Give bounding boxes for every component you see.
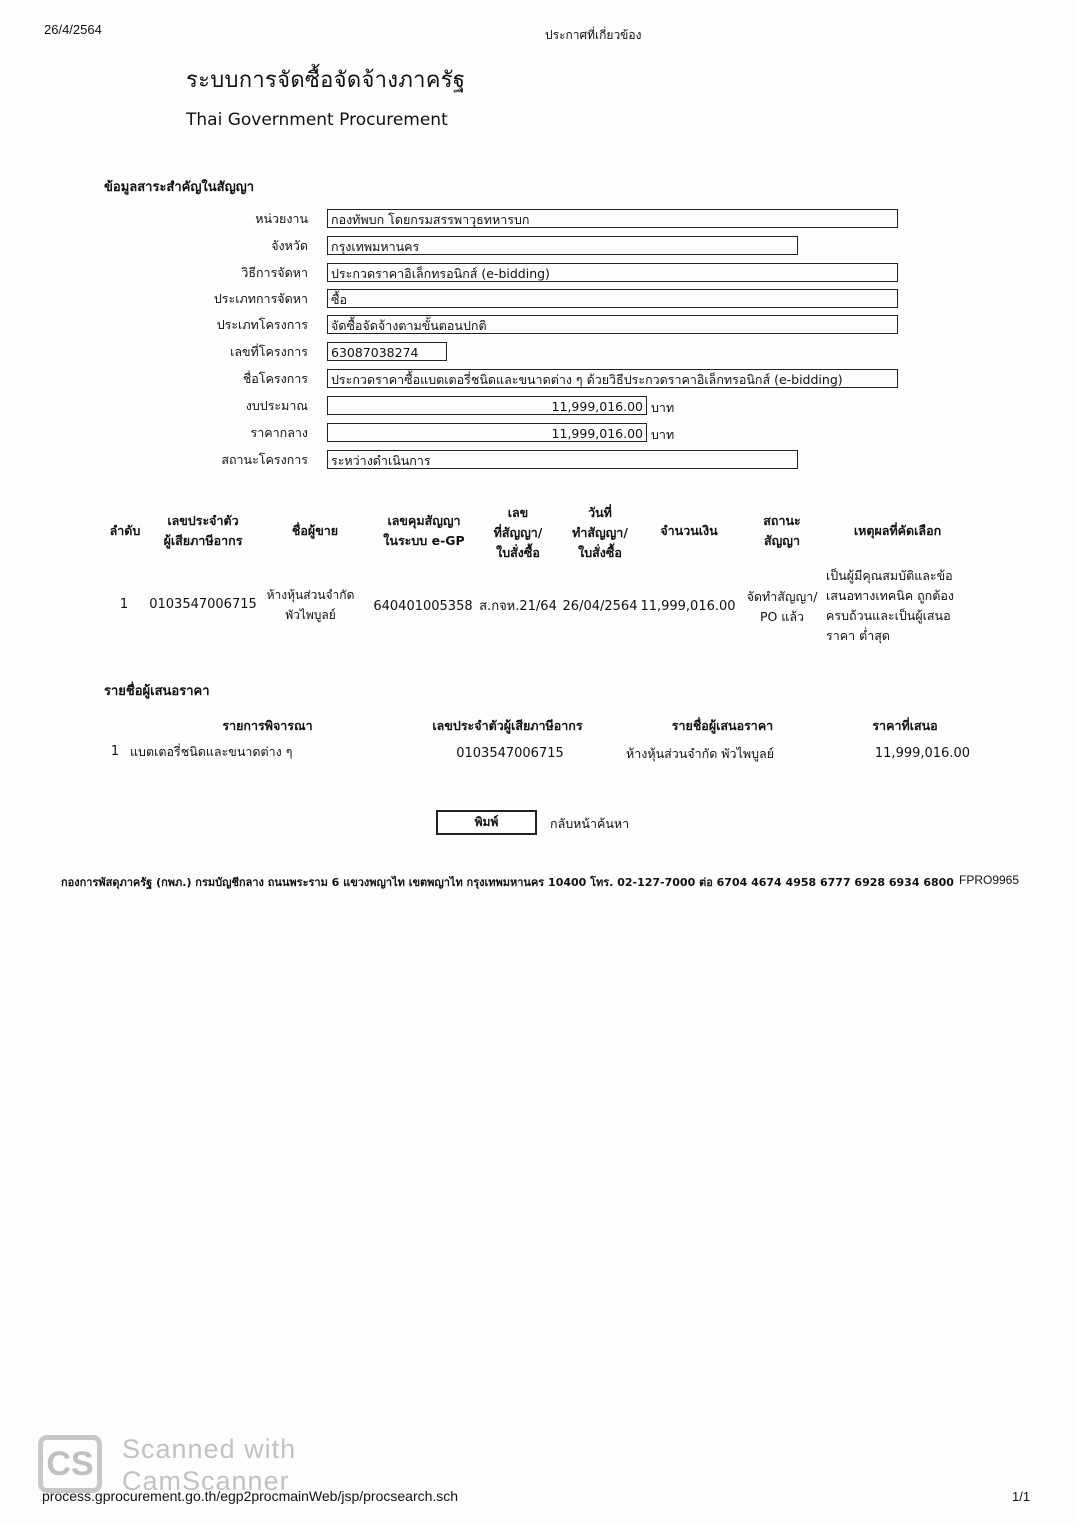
system-name-en: Thai Government Procurement — [186, 110, 448, 130]
watermark-line1: Scanned with — [122, 1434, 296, 1465]
bidder-no: 1 — [108, 742, 122, 762]
cell-amount: 11,999,016.00 — [640, 597, 736, 617]
field-project-type: จัดซื้อจัดจ้างตามขั้นตอนปกติ — [327, 315, 898, 334]
col-header-contract-no: เลข ที่สัญญา/ ใบสั่งซื้อ — [474, 503, 562, 563]
system-name-th: ระบบการจัดซื้อจัดจ้างภาครัฐ — [186, 62, 465, 97]
page-url: process.gprocurement.go.th/egp2procmainW… — [42, 1488, 458, 1504]
bidder-tax-id: 0103547006715 — [440, 744, 580, 764]
field-label-procurement-type: ประเภทการจัดหา — [98, 289, 308, 309]
print-date: 26/4/2564 — [44, 22, 102, 37]
field-agency: กองทัพบก โดยกรมสรรพาวุธทหารบก — [327, 209, 898, 228]
page-number: 1/1 — [1012, 1489, 1030, 1504]
field-province: กรุงเทพมหานคร — [327, 236, 798, 255]
cell-status: จัดทำสัญญา/ PO แล้ว — [738, 587, 826, 627]
median-price-unit: บาท — [651, 425, 674, 445]
contract-info-title: ข้อมูลสาระสำคัญในสัญญา — [104, 176, 254, 197]
field-label-method: วิธีการจัดหา — [98, 263, 308, 283]
bidders-col-price: ราคาที่เสนอ — [845, 716, 965, 736]
col-header-status: สถานะ สัญญา — [738, 511, 826, 551]
field-label-province: จังหวัด — [98, 236, 308, 256]
col-header-reason: เหตุผลที่คัดเลือก — [830, 521, 965, 541]
cell-seller: ห้างหุ้นส่วนจำกัด พัวไพบูลย์ — [258, 585, 363, 625]
bidders-col-tax-id: เลขประจำตัวผู้เสียภาษีอากร — [410, 716, 605, 736]
col-header-contract-date: วันที่ ทำสัญญา/ ใบสั่งซื้อ — [556, 503, 644, 563]
bidder-price: 11,999,016.00 — [850, 744, 970, 764]
field-label-project-status: สถานะโครงการ — [98, 450, 308, 470]
footer-code: FPRO9965 — [959, 873, 1019, 887]
field-label-median-price: ราคากลาง — [98, 423, 308, 443]
cell-no: 1 — [110, 595, 138, 615]
field-project-name: ประกวดราคาซื้อแบตเตอรี่ชนิดและขนาดต่าง ๆ… — [327, 369, 898, 388]
field-procurement-type: ซื้อ — [327, 289, 898, 308]
col-header-no: ลำดับ — [100, 521, 150, 541]
footer-address: กองการพัสดุภาครัฐ (กพภ.) กรมบัญชีกลาง ถน… — [61, 873, 954, 891]
field-project-status: ระหว่างดำเนินการ — [327, 450, 798, 469]
field-label-budget: งบประมาณ — [98, 396, 308, 416]
back-to-search-link[interactable]: กลับหน้าค้นหา — [550, 814, 629, 834]
cell-tax-id: 0103547006715 — [148, 595, 258, 615]
field-label-project-type: ประเภทโครงการ — [98, 315, 308, 335]
field-budget: 11,999,016.00 — [327, 396, 647, 415]
cell-contract-date: 26/04/2564 — [558, 597, 642, 617]
col-header-amount: จำนวนเงิน — [644, 521, 734, 541]
cell-egp-no: 640401005358 — [372, 597, 474, 617]
cell-contract-no: ส.กจห.21/64 — [474, 597, 562, 617]
field-project-no: 63087038274 — [327, 342, 447, 361]
print-button[interactable]: พิมพ์ — [436, 810, 537, 835]
cell-reason: เป็นผู้มีคุณสมบัติและข้อ เสนอทางเทคนิค ถ… — [826, 566, 986, 646]
bidder-name: ห้างหุ้นส่วนจำกัด พัวไพบูลย์ — [600, 744, 800, 764]
camscanner-logo: CS — [38, 1435, 102, 1493]
bidders-col-item: รายการพิจารณา — [180, 716, 355, 736]
bidders-title: รายชื่อผู้เสนอราคา — [104, 680, 210, 701]
field-label-project-no: เลขที่โครงการ — [98, 342, 308, 362]
page-title: ประกาศที่เกี่ยวข้อง — [545, 26, 641, 45]
col-header-seller: ชื่อผู้ขาย — [270, 521, 360, 541]
field-label-agency: หน่วยงาน — [98, 209, 308, 229]
budget-unit: บาท — [651, 398, 674, 418]
field-label-project-name: ชื่อโครงการ — [98, 369, 308, 389]
field-method: ประกวดราคาอิเล็กทรอนิกส์ (e-bidding) — [327, 263, 898, 282]
field-median-price: 11,999,016.00 — [327, 423, 647, 442]
bidders-col-bidder: รายชื่อผู้เสนอราคา — [640, 716, 805, 736]
bidder-item: แบตเตอรี่ชนิดและขนาดต่าง ๆ — [130, 742, 292, 762]
col-header-egp-no: เลขคุมสัญญา ในระบบ e-GP — [368, 511, 480, 551]
col-header-tax-id: เลขประจำตัว ผู้เสียภาษีอากร — [148, 511, 258, 551]
